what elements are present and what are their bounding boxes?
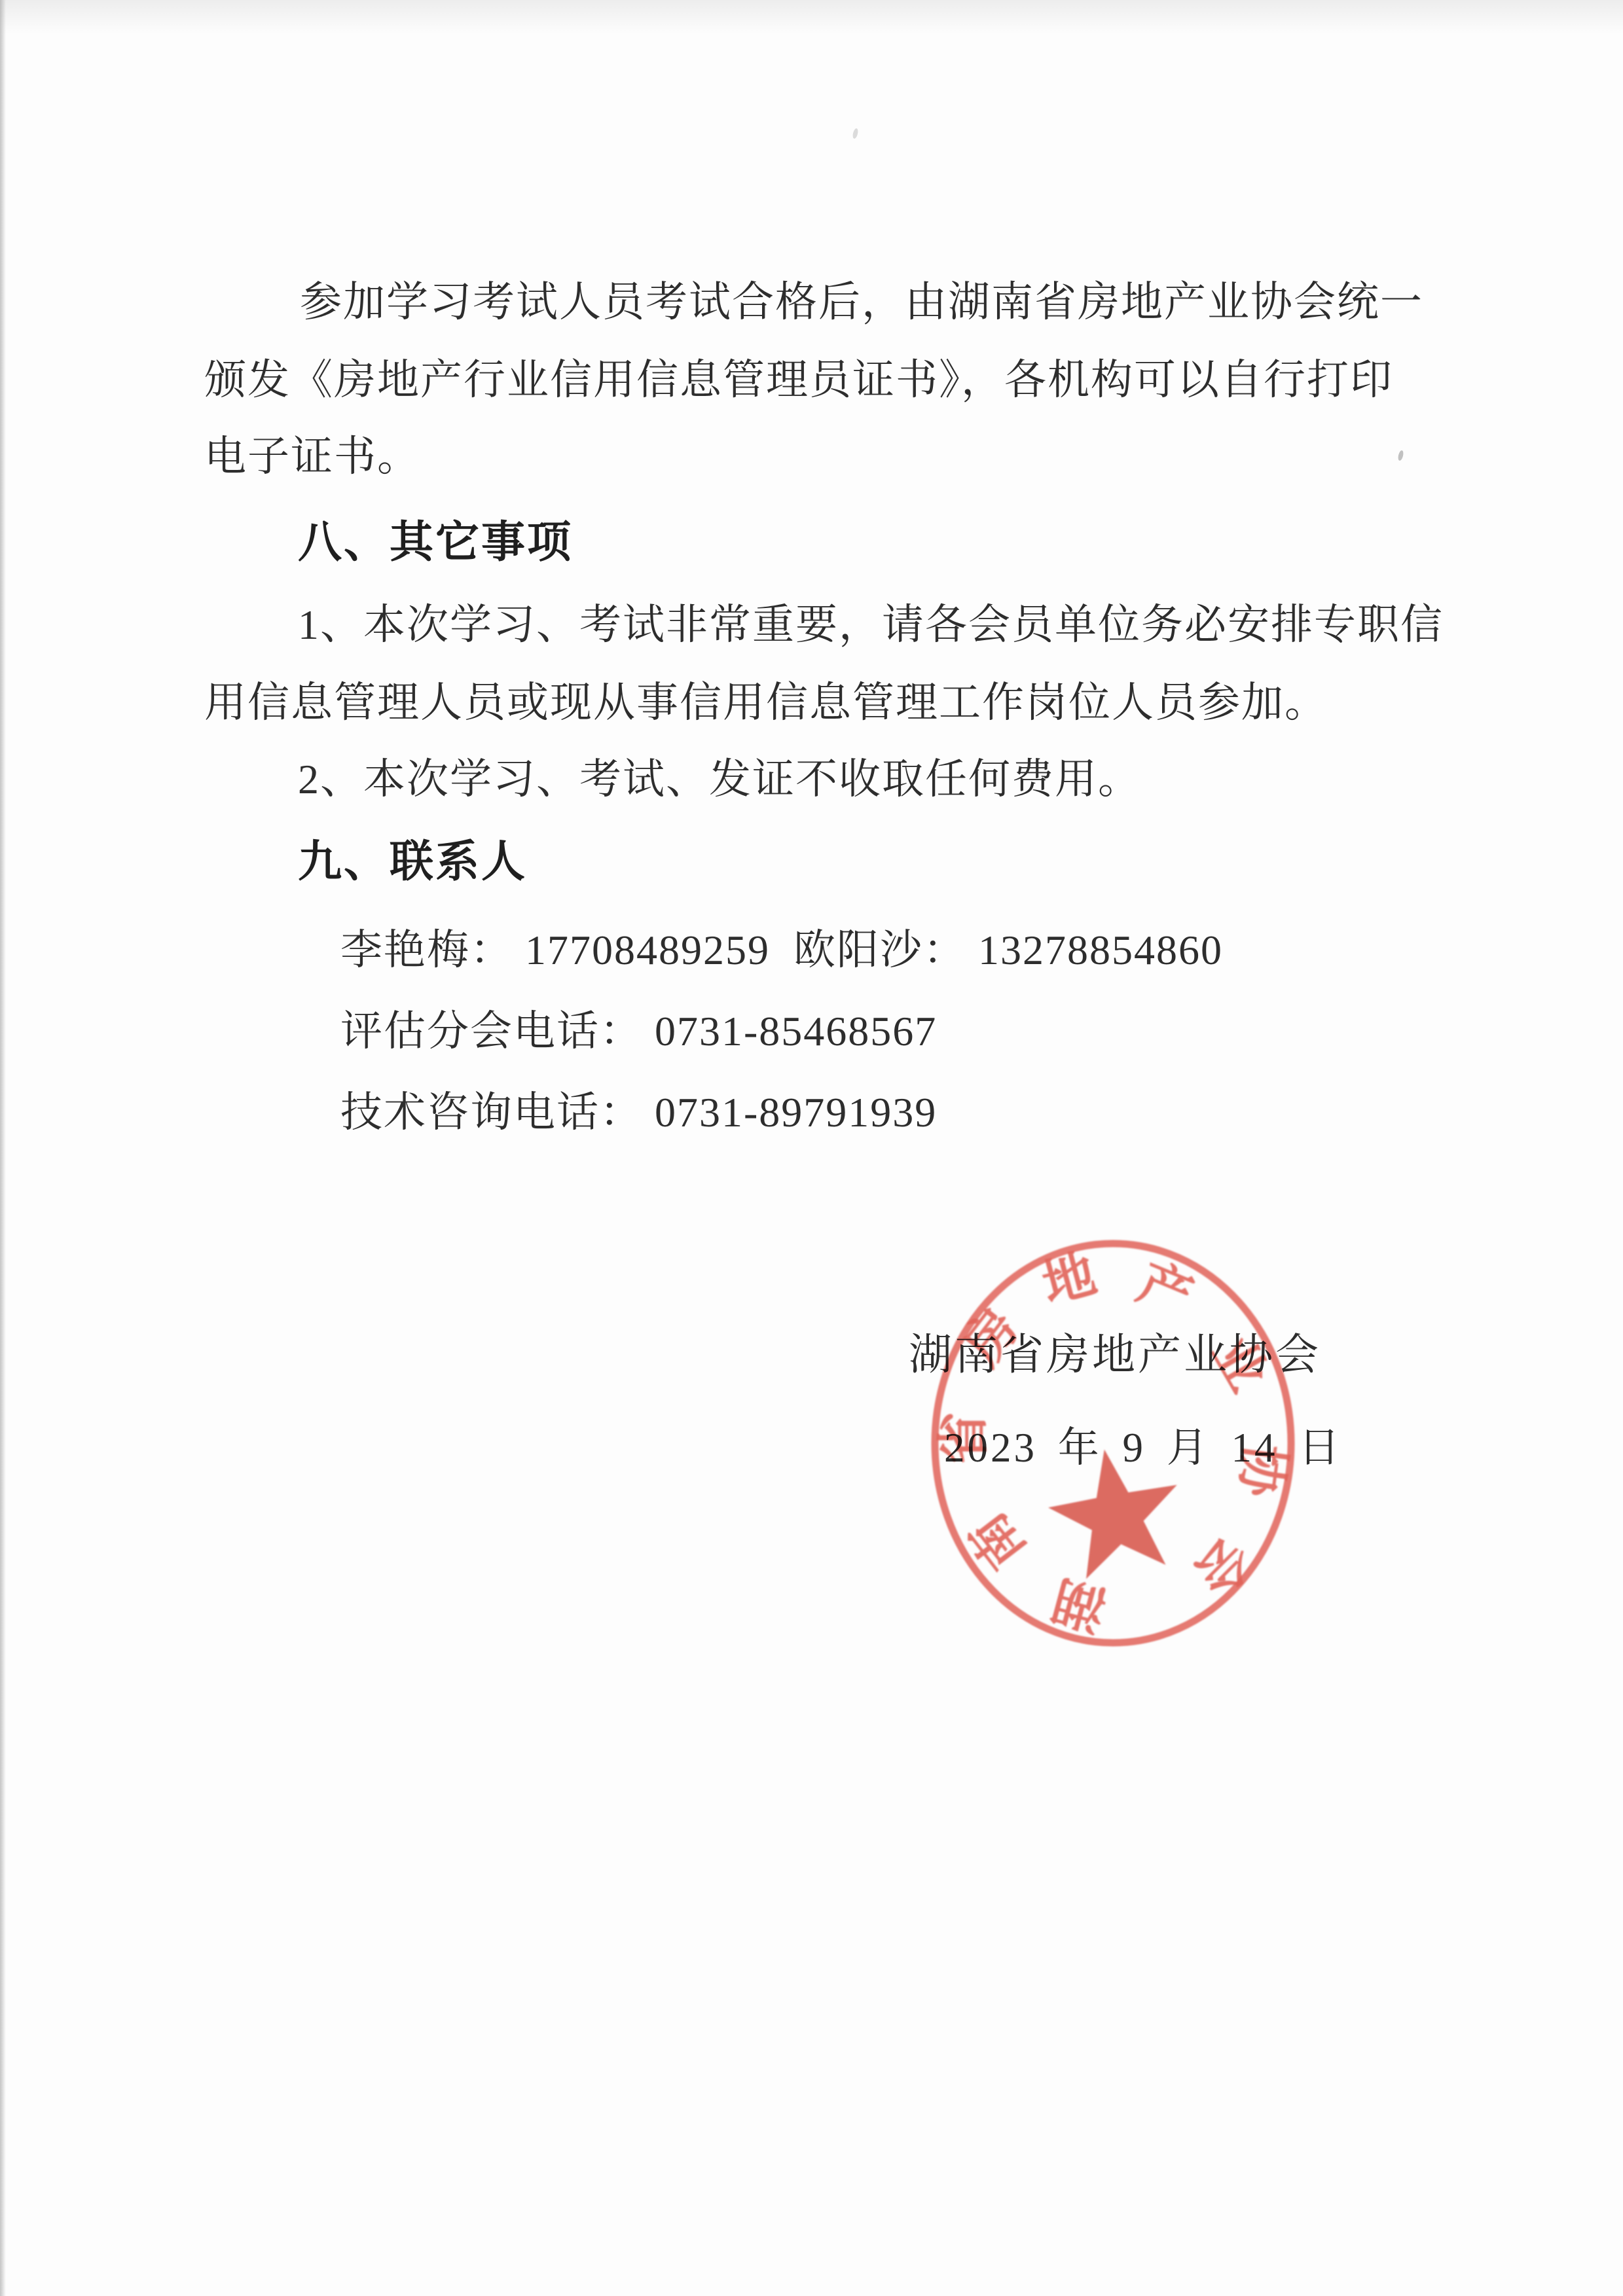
svg-text:地: 地 (1036, 1246, 1102, 1315)
intro-line-3: 电子证书。 (204, 432, 420, 482)
contact-persons-line: 李艳梅： 17708489259 欧阳沙： 13278854860 (340, 925, 1223, 976)
scan-edge-artifact-left (0, 0, 6, 2296)
svg-text:会: 会 (1183, 1526, 1261, 1604)
scan-speck (852, 128, 859, 139)
other-item1-line-1: 1、本次学习、考试非常重要，请各会员单位务必安排专职信 (298, 600, 1444, 651)
scanned-document-page: 参加学习考试人员考试合格后，由湖南省房地产业协会统一 颁发《房地产行业信用信息管… (0, 0, 1623, 2296)
scan-edge-artifact-top (0, 0, 1623, 34)
contact-phone-evaluation: 评估分会电话： 0731-85468567 (340, 1007, 937, 1057)
intro-line-1: 参加学习考试人员考试合格后，由湖南省房地产业协会统一 (300, 278, 1423, 328)
svg-text:湖: 湖 (1047, 1569, 1112, 1638)
other-item1-line-2: 用信息管理人员或现从事信用信息管理工作岗位人员参加。 (204, 678, 1328, 728)
svg-text:南: 南 (960, 1503, 1038, 1579)
signature-organization: 湖南省房地产业协会 (909, 1329, 1321, 1381)
other-item2-line: 2、本次学习、考试、发证不收取任何费用。 (298, 755, 1141, 805)
signature-date: 2023 年 9 月 14 日 (944, 1424, 1342, 1473)
svg-text:产: 产 (1130, 1254, 1201, 1327)
contact-phone-technical: 技术咨询电话： 0731-89791939 (340, 1088, 937, 1138)
section-heading-other-matters: 八、其它事项 (298, 516, 573, 569)
section-heading-contacts: 九、联系人 (298, 836, 527, 888)
scan-speck (1397, 450, 1404, 461)
intro-line-2: 颁发《房地产行业信用信息管理员证书》，各机构可以自行打印 (204, 355, 1393, 406)
